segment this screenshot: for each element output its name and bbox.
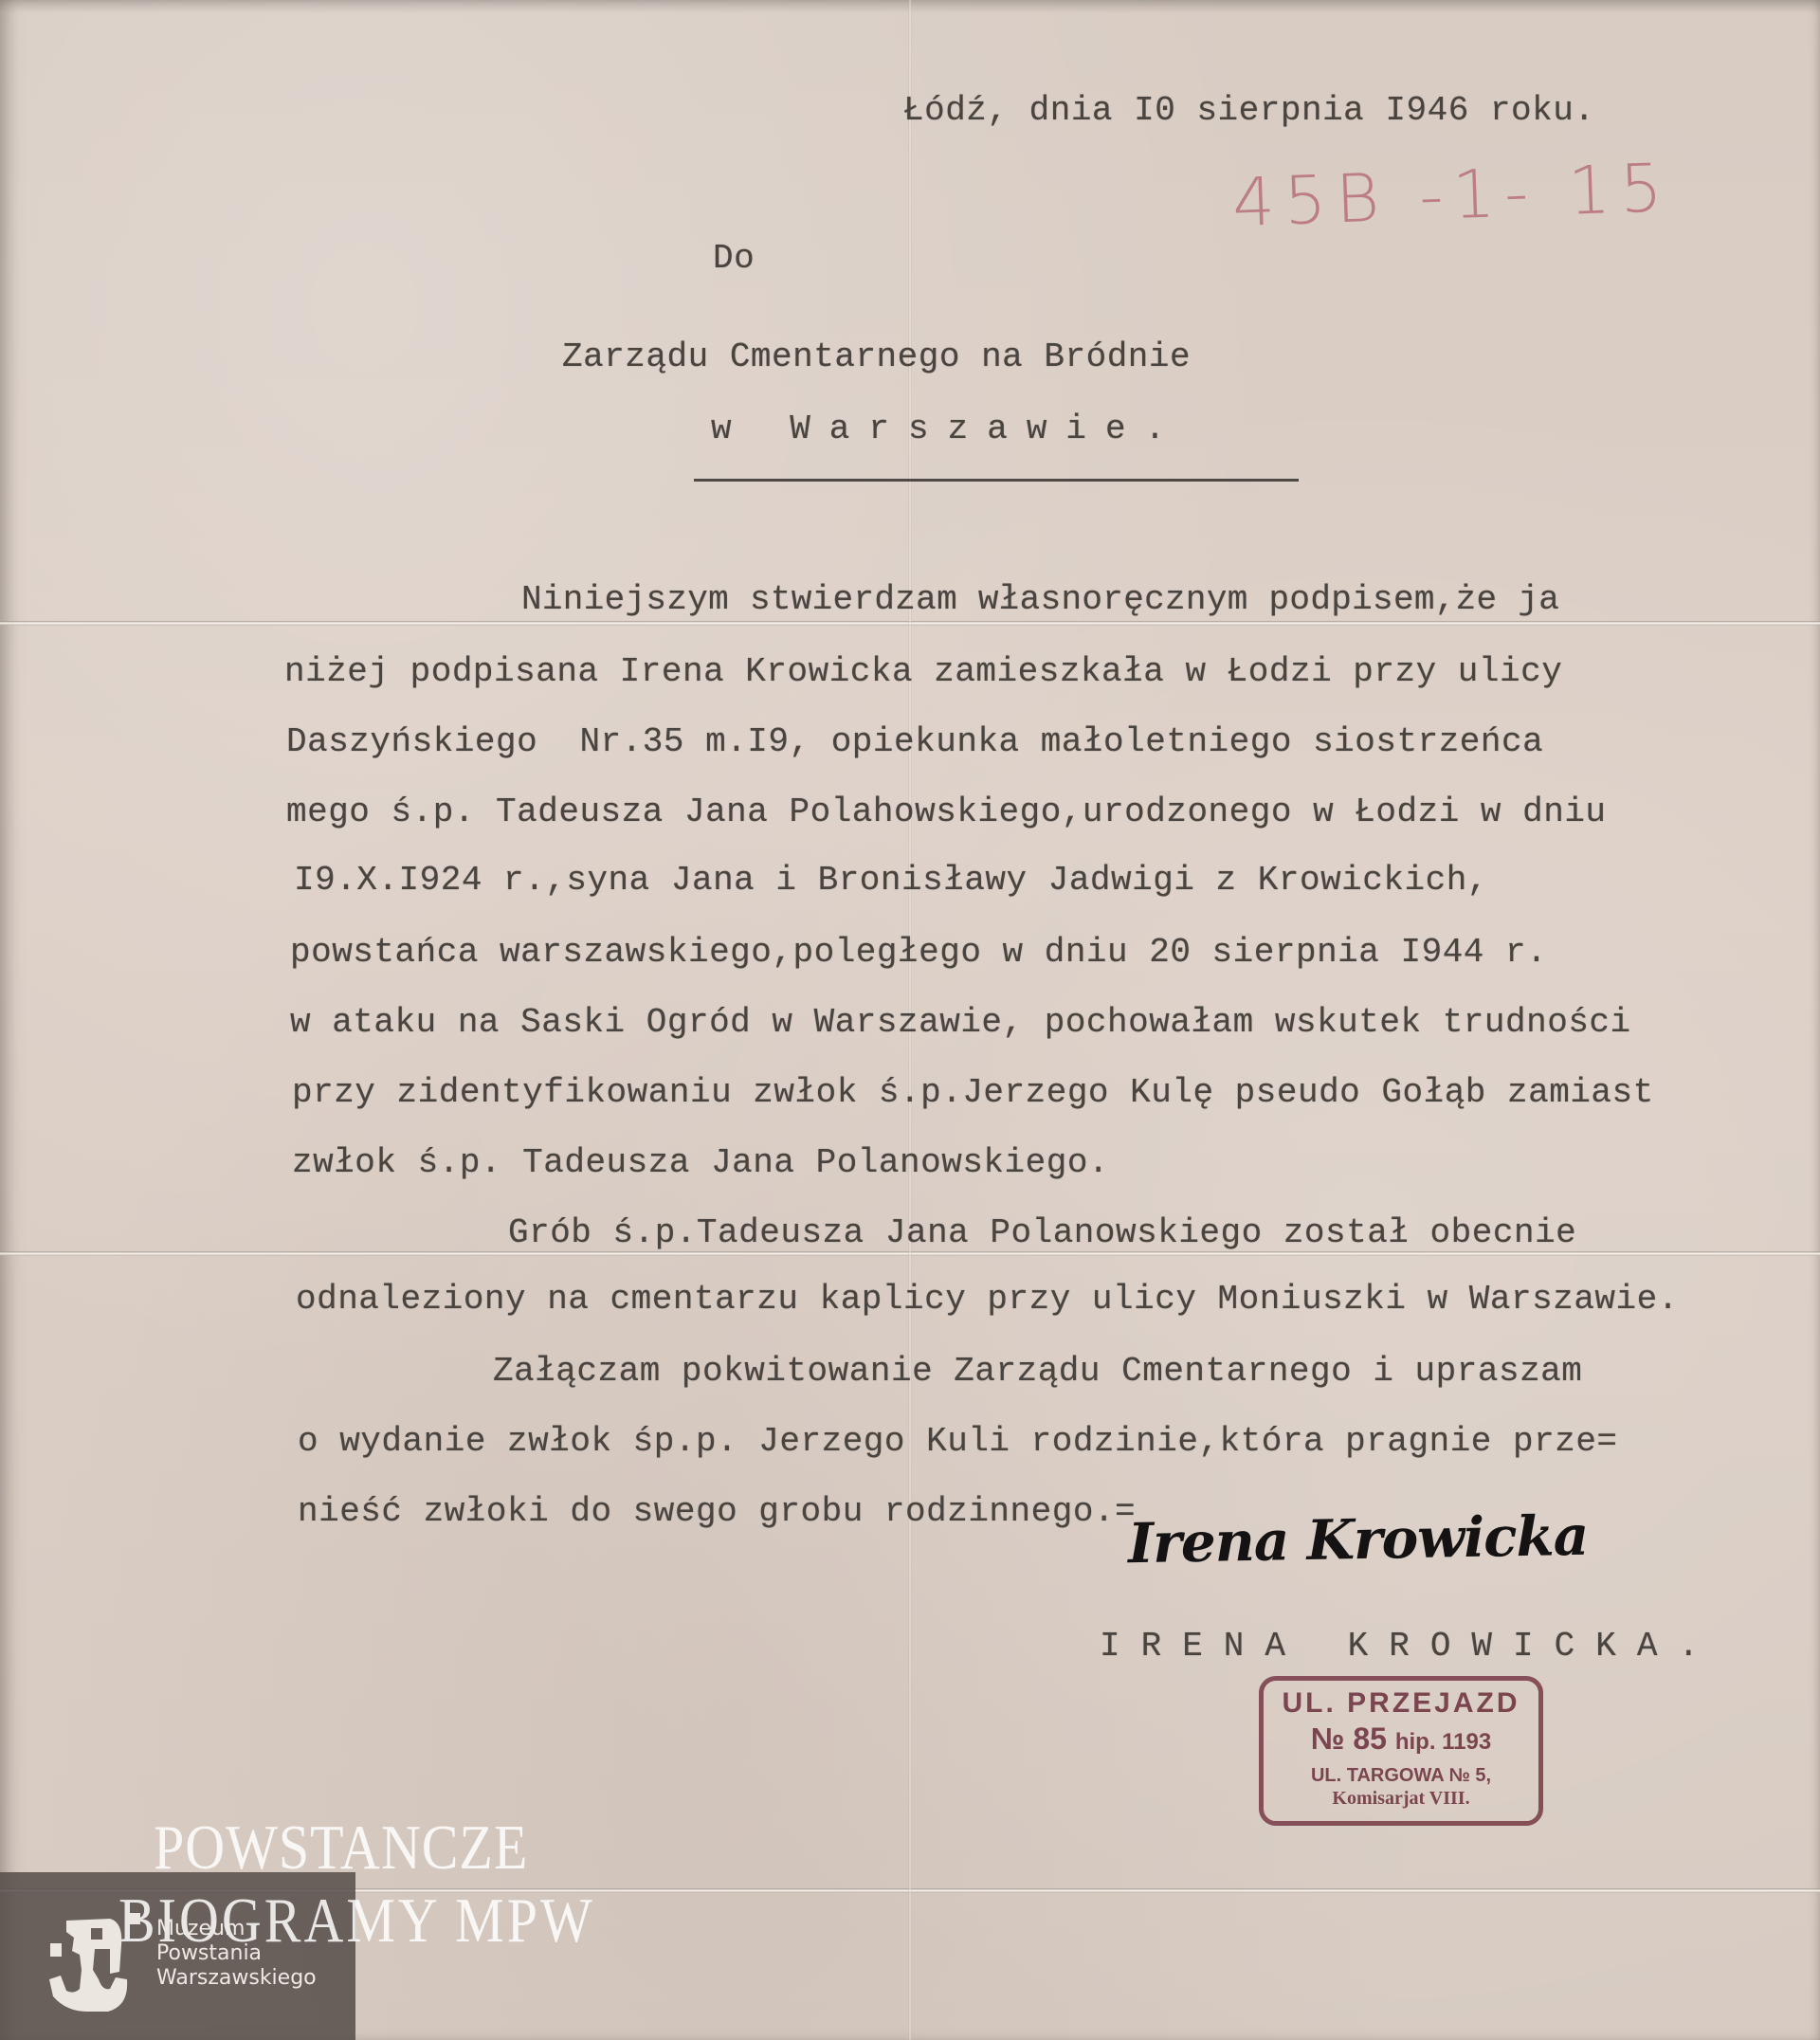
body-line-13: o wydanie zwłok śp.p. Jerzego Kuli rodzi… [298, 1422, 1618, 1461]
body-line-8: przy zidentyfikowaniu zwłok ś.p.Jerzego … [292, 1073, 1654, 1112]
typed-signature: IRENA KROWICKA. [1100, 1627, 1720, 1666]
body-line-5: I9.X.I924 r.,syna Jana i Bronisławy Jadw… [294, 861, 1488, 900]
handwritten-signature: Irena Krowicka [1127, 1503, 1588, 1576]
body-line-6: powstańca warszawskiego,poległego w dniu… [290, 933, 1547, 972]
recipient-underline [694, 479, 1299, 482]
body-line-3: Daszyńskiego Nr.35 m.I9, opiekunka małol… [286, 722, 1543, 761]
body-line-11: odnaleziony na cmentarzu kaplicy przy ul… [296, 1280, 1679, 1319]
stamp-number: № 85 [1311, 1721, 1387, 1756]
stamp-hip: hip. 1193 [1395, 1729, 1491, 1755]
body-line-2: niżej podpisana Irena Krowicka zamieszka… [284, 652, 1562, 691]
place-date: Łódź, dnia I0 sierpnia I946 roku. [903, 91, 1594, 130]
body-line-10: Grób ś.p.Tadeusza Jana Polanowskiego zos… [508, 1213, 1576, 1252]
body-line-12: Załączam pokwitowanie Zarządu Cmentarneg… [493, 1352, 1582, 1391]
recipient-line-1: Zarządu Cmentarnego na Bródnie [562, 337, 1191, 376]
body-line-4: mego ś.p. Tadeusza Jana Polahowskiego,ur… [286, 792, 1607, 831]
kotwica-anchor-icon [45, 1913, 150, 2017]
body-line-14: nieść zwłoki do swego grobu rodzinnego.= [298, 1492, 1136, 1531]
recipient-line-2: w Warszawie. [711, 410, 1184, 448]
body-line-7: w ataku na Saski Ogród w Warszawie, poch… [290, 1003, 1631, 1042]
stamp-line-2: № 85 hip. 1193 [1264, 1721, 1538, 1760]
police-stamp: UL. PRZEJAZD № 85 hip. 1193 UL. TARGOWA … [1259, 1676, 1543, 1826]
body-line-1: Niniejszym stwierdzam własnoręcznym podp… [521, 580, 1559, 619]
salutation: Do [713, 239, 755, 278]
archive-number-handwritten: 45B -1- 15 [1231, 149, 1673, 242]
stamp-line-4: Komisarjat VIII. [1264, 1787, 1538, 1810]
watermark-line-1: POWSTANCZE [154, 1811, 528, 1884]
museum-name: Muzeum Powstania Warszawskiego [156, 1917, 317, 1991]
museum-name-line-3: Warszawskiego [156, 1966, 317, 1991]
stamp-line-3: UL. TARGOWA № 5, [1264, 1764, 1538, 1787]
museum-name-line-2: Powstania [156, 1941, 317, 1966]
stamp-line-1: UL. PRZEJAZD [1264, 1686, 1538, 1721]
museum-name-line-1: Muzeum [156, 1917, 317, 1941]
body-line-9: zwłok ś.p. Tadeusza Jana Polanowskiego. [292, 1143, 1109, 1182]
